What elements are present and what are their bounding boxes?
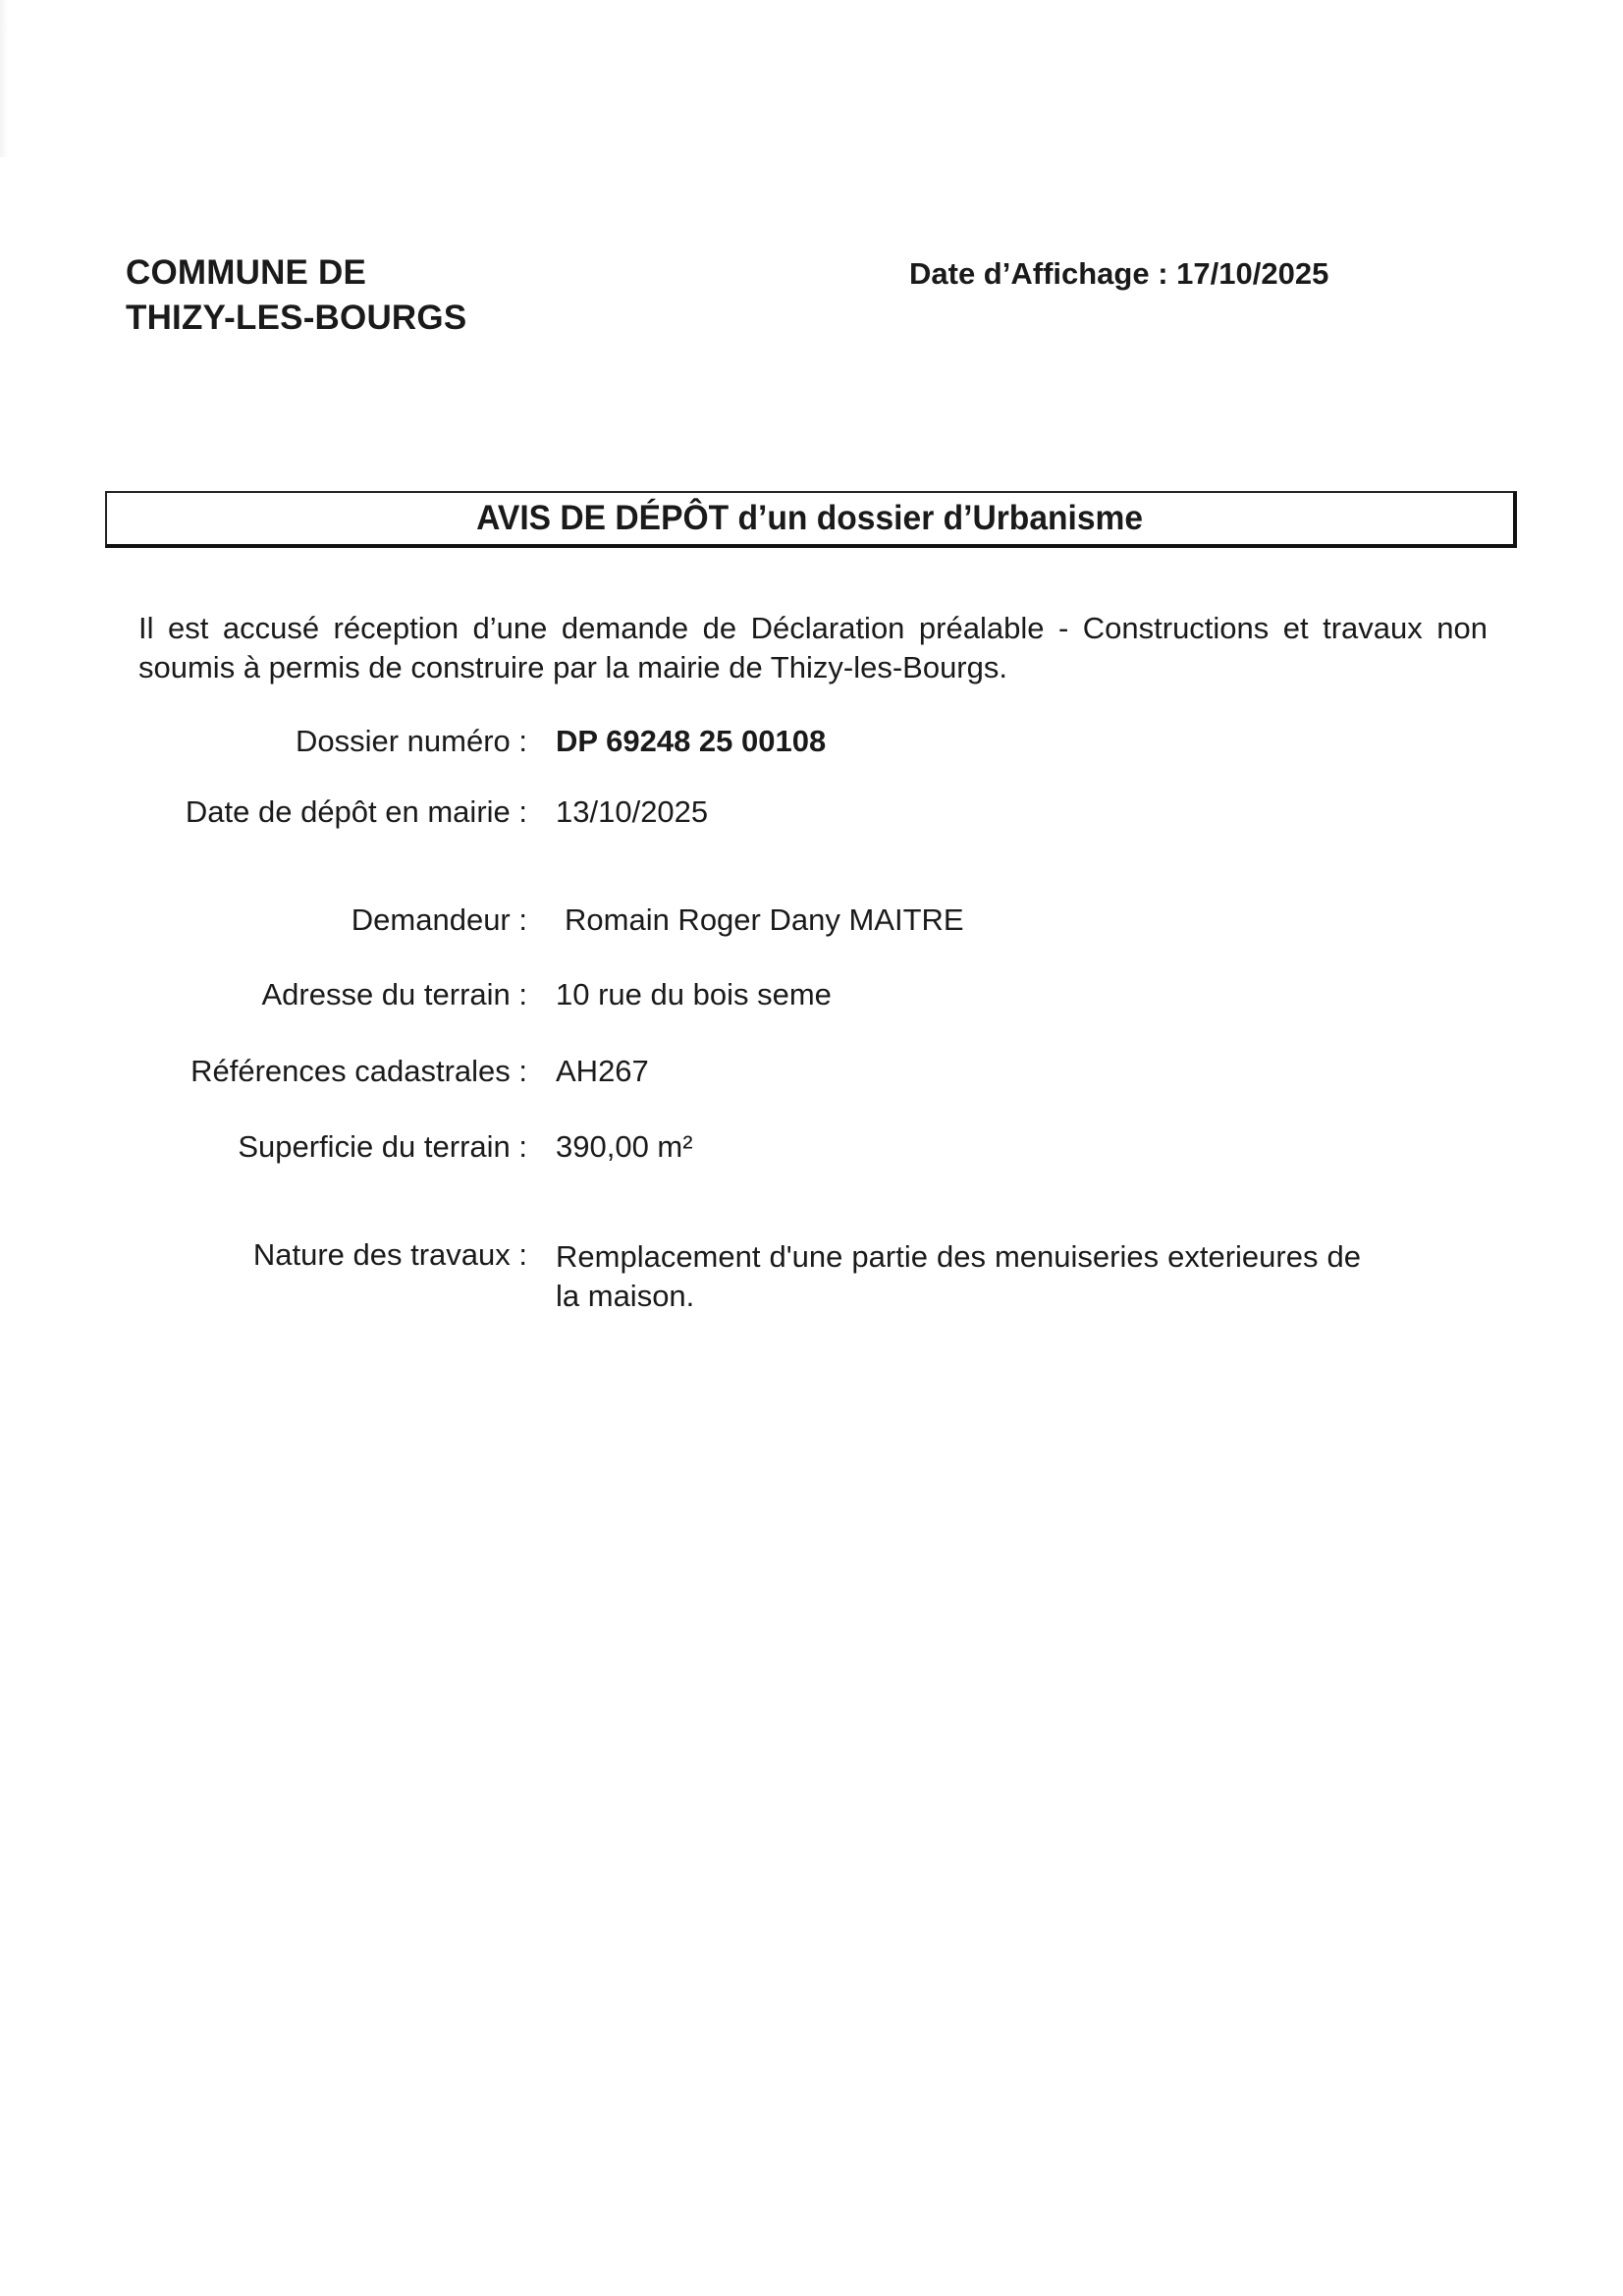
date-depot-value: 13/10/2025 — [556, 794, 708, 830]
commune-name: COMMUNE DE THIZY-LES-BOURGS — [126, 250, 466, 341]
dossier-numero-value: DP 69248 25 00108 — [556, 724, 826, 759]
references-label: Références cadastrales : — [190, 1054, 527, 1089]
date-affichage-value: 17/10/2025 — [1176, 256, 1328, 291]
date-depot-label: Date de dépôt en mairie : — [186, 794, 527, 830]
date-affichage-label: Date d’Affichage : — [909, 256, 1168, 291]
commune-line-2: THIZY-LES-BOURGS — [126, 296, 466, 341]
adresse-label: Adresse du terrain : — [261, 977, 527, 1012]
demandeur-value: Romain Roger Dany MAITRE — [565, 902, 964, 938]
references-value: AH267 — [556, 1054, 649, 1089]
superficie-value: 390,00 m² — [556, 1129, 693, 1165]
intro-paragraph: Il est accusé réception d’une demande de… — [138, 609, 1488, 687]
superficie-label: Superficie du terrain : — [238, 1129, 527, 1165]
demandeur-label: Demandeur : — [352, 902, 527, 938]
title-box: AVIS DE DÉPÔT d’un dossier d’Urbanisme — [105, 491, 1517, 548]
date-affichage: Date d’Affichage : 17/10/2025 — [909, 256, 1328, 292]
dossier-numero-label: Dossier numéro : — [296, 724, 527, 759]
scan-edge-shadow — [0, 0, 8, 157]
adresse-value: 10 rue du bois seme — [556, 977, 832, 1012]
document-title: AVIS DE DÉPÔT d’un dossier d’Urbanisme — [477, 499, 1144, 538]
nature-label: Nature des travaux : — [253, 1237, 527, 1273]
nature-value: Remplacement d'une partie des menuiserie… — [556, 1237, 1361, 1316]
commune-line-1: COMMUNE DE — [126, 250, 466, 296]
